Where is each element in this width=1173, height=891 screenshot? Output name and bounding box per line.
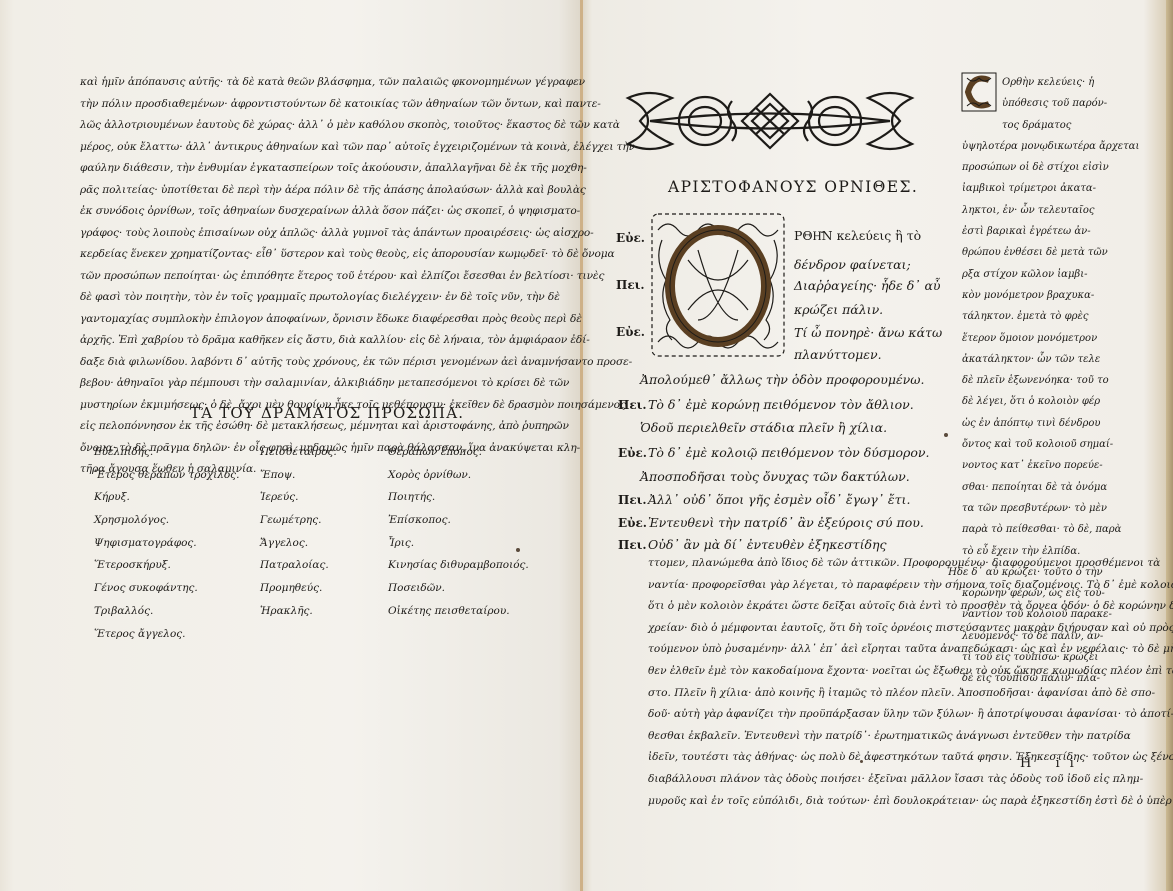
cast-entry: Ποιητής.: [388, 486, 529, 509]
scholia-line: δὲ πλεῖν ἑξωνενόηκα· τοῦ το: [962, 370, 1117, 391]
speaker-label: Πει.: [618, 538, 647, 552]
speaker-label: Εὐε.: [616, 325, 645, 339]
cast-entry: Γένος συκοφάντης.: [94, 577, 239, 600]
cast-entry: Ποσειδῶν.: [388, 577, 529, 600]
verse-line: ΡΘΗ͂Ν κελεύεις ἣ τὸ: [794, 228, 921, 244]
scholia-line: ὑπόθεσις τοῦ παρόν-: [962, 93, 1117, 114]
cast-entry: Πατραλοίας.: [260, 554, 337, 577]
cast-entry: Ψηφισματογράφος.: [94, 532, 239, 555]
scholia-line: προσώπων οἱ δὲ στίχοι εἰσὶν: [962, 157, 1117, 178]
verse-line: Ἀλλ᾽ οὐδ᾽ ὅποι γῆς ἐσμὲν οἶδ᾽ ἔγωγ᾽ ἔτι.: [648, 492, 910, 507]
cast-entry: Εὐελπίδης.: [94, 441, 239, 464]
knotwork-headpiece-icon: [620, 86, 920, 156]
text-line: καὶ ἡμῖν ἀπόπαυσις αὐτῆς· τὰ δὲ κατὰ θεῶ…: [80, 72, 550, 94]
scholia-line: ὡς ἐν ἀπόπτῳ τινὶ δένδρου: [962, 413, 1117, 434]
scholia-line: θρώπου ἐνθέσει δὲ μετὰ τῶν: [962, 242, 1117, 263]
text-line: ἐκ συνόδοις ὀρνίθων, τοῖς ἀθηναίων δυσχε…: [80, 201, 550, 223]
scholia-line: τος δράματος: [962, 115, 1117, 136]
cast-entry: Ἄγγελος.: [260, 532, 337, 555]
scholia-line: κὸν μονόμετρον βραχυκα-: [962, 285, 1117, 306]
dramatis-personae-heading: ΤΑ ΤΟΥ ΔΡΑΜΑΤΟΣ ΠΡΟΣΩΠΑ.: [190, 404, 464, 422]
text-line: τῶν προσώπων πεποίηται· ὡς ἐπιπόθητε ἕτε…: [80, 266, 550, 288]
text-line: λῶς ἀλλοτριουμένων ἑαυτοὺς δὲ χώρας· ἀλλ…: [80, 115, 550, 137]
speaker-label: Πει.: [616, 278, 645, 292]
verse-line: πλανύττομεν.: [794, 347, 882, 362]
speaker-label: Πει.: [618, 398, 647, 412]
verse-line: Ἀπολούμεθ᾽ ἄλλως τὴν ὁδὸν προφορουμένω.: [640, 372, 924, 387]
book-gutter: [580, 0, 583, 891]
scholia-line: ὅτι ὁ μὲν κολοιὸν ἐκράτει ὥστε δεῖξαι αὐ…: [648, 596, 1098, 618]
scholia-line: ληκτοι, ἐν· ὧν τελευταῖος: [962, 200, 1117, 221]
cast-entry: Ἔποψ.: [260, 464, 337, 487]
cast-entry: Ἱερεύς.: [260, 486, 337, 509]
cast-entry: Οἰκέτης πεισθεταίρου.: [388, 600, 529, 623]
scholia-line: δοῦ· αὐτὴ γὰρ ἀφανίζει τὴν προϋπάρξασαν …: [648, 704, 1098, 726]
foxing-spot: [944, 433, 948, 437]
scholia-line: θεσθαι ἐκβαλεῖν. Ἐντευθενὶ τὴν πατρίδ᾽· …: [648, 726, 1098, 748]
cast-entry: Πεισθέταιρος.: [260, 441, 337, 464]
scholia-line: Ορθὴν κελεύεις· ἡ: [962, 72, 1117, 93]
scholia-line: ἕτερον ὅμοιον μονόμετρον: [962, 328, 1117, 349]
cast-entry: Κήρυξ.: [94, 486, 239, 509]
verse-line: κρώζει πάλιν.: [794, 302, 883, 317]
cast-entry: Τριβαλλός.: [94, 600, 239, 623]
scholia-line: ὄντος καὶ τοῦ κολοιοῦ σημαί-: [962, 434, 1117, 455]
verse-line: Ἐντευθενὶ τὴν πατρίδ᾽ ἂν ἐξεύροις σύ που…: [648, 515, 924, 530]
play-title: ΑΡΙΣΤΟΦΑΝΟΥΣ ΟΡΝΙΘΕΣ.: [668, 178, 918, 196]
text-line: κερδείας ἕνεκεν χρηματίζοντας· εἶθ᾽ ὕστε…: [80, 244, 550, 266]
scholia-line: στο. Πλεῖν ἢ χίλια· ἀπὸ κοινῆς ἢ ἰταμῶς …: [648, 683, 1098, 705]
cast-entry: Ἕτεροσκήρυξ.: [94, 554, 239, 577]
speaker-label: Εὐε.: [618, 516, 647, 530]
bottom-scholia: ττομεν, πλανώμεθα ἀπὸ ἴδιος δὲ τῶν ἀττικ…: [648, 553, 1098, 812]
speaker-label: Εὐε.: [616, 231, 645, 245]
verse-line: Τὸ δ᾽ ἐμὲ κορώνῃ πειθόμενον τὸν ἄθλιον.: [648, 397, 914, 412]
verse-line: Ὁδοῦ περιελθεῖν στάδια πλεῖν ἢ χίλια.: [640, 420, 887, 435]
text-line: γαντομαχίας συμπλοκὴν ἐπιλογον ἀποφαίνων…: [80, 309, 550, 331]
verse-line: Διαῤῥαγείης· ἧδε δ᾽ αὖ: [794, 278, 941, 293]
speaker-label: Εὐε.: [618, 446, 647, 460]
cast-column-1: Εὐελπίδης. Ἕτερος θεράπων τρόχιλος. Κήρυ…: [94, 441, 239, 645]
scholia-line: διαβάλλουσι πλάνον τὰς ὁδοὺς ποιήσει· ἐξ…: [648, 769, 1098, 791]
cast-entry: Χρησμολόγος.: [94, 509, 239, 532]
text-line: μέρος, οὐκ ἔλαττω· ἀλλ᾽ ἀντικρυς ἀθηναίω…: [80, 137, 550, 159]
scholia-line: ὑψηλοτέρα μονῳδικωτέρα ἄρχεται: [962, 136, 1117, 157]
scholia-line: παρὰ τὸ πείθεσθαι· τὸ δὲ, παρὰ: [962, 519, 1117, 540]
cast-entry: Προμηθεύς.: [260, 577, 337, 600]
text-line: τὴν πόλιν προσδιαθεμένων· ἀφροντιστούντω…: [80, 94, 550, 116]
scholia-line: ἀκατάληκτον· ὧν τῶν τελε: [962, 349, 1117, 370]
cast-entry: Κινησίας διθυραμβοποιός.: [388, 554, 529, 577]
verse-line: Οὐδ᾽ ἂν μὰ δί᾽ ἐντευθὲν ἐξηκεστίδης: [648, 537, 886, 552]
foxing-spot: [860, 760, 863, 763]
scholia-line: τάληκτον. ἐμετὰ τὸ φρὲς: [962, 306, 1117, 327]
scholia-line: ττομεν, πλανώμεθα ἀπὸ ἴδιος δὲ τῶν ἀττικ…: [648, 553, 1098, 575]
scholia-line: δὲ λέγει, ὅτι ὁ κολοιὸν φέρ: [962, 391, 1117, 412]
cast-entry: Ἡρακλῆς.: [260, 600, 337, 623]
scholia-line: χρείαν· διὸ ὁ μέμφονται ἑαυτοῖς, ὅτι δὴ …: [648, 618, 1098, 640]
scholia-line: σθαι· πεποίηται δὲ τὰ ὀνόμα: [962, 477, 1117, 498]
cast-entry: Ἕτερος θεράπων τρόχιλος.: [94, 464, 239, 487]
signature-mark: H ii: [1020, 756, 1084, 771]
cast-entry: Ἕτερος ἄγγελος.: [94, 623, 239, 646]
text-line: δὲ φασὶ τὸν ποιητὴν, τὸν ἐν τοῖς γραμμαῖ…: [80, 287, 550, 309]
scholia-line: ρξα στίχον κῶλον ἰαμβι-: [962, 264, 1117, 285]
text-line: ρᾶς πολιτείας· ὑποτίθεται δὲ περὶ τὴν ἀέ…: [80, 180, 550, 202]
verse-line: δένδρον φαίνεται;: [794, 257, 911, 272]
scholia-line: μυροῦς καὶ ἐν τοῖς εὐπόλιδι, διὰ τούτων·…: [648, 791, 1098, 813]
cast-column-2: Πεισθέταιρος. Ἔποψ. Ἱερεύς. Γεωμέτρης. Ἄ…: [260, 441, 337, 623]
verse-line: Ἀποσποδῆσαι τοὺς ὄνυχας τῶν δακτύλων.: [640, 469, 910, 484]
text-line: δαξε διὰ φιλωνίδου. λαβόντι δ᾽ αὐτῆς τοὺ…: [80, 352, 550, 374]
scholia-line: ἰαμβικοὶ τρίμετροι ἀκατα-: [962, 178, 1117, 199]
text-line: φαύλην διάθεσιν, τὴν ἐνθυμίαν ἐγκατασπεί…: [80, 158, 550, 180]
scholia-line: τούμενον ὑπὸ ῥυσαμένην· ἀλλ᾽ ἐπ᾽ ἀεὶ εἴρ…: [648, 639, 1098, 661]
text-line: γράφος· τοὺς λοιποὺς ἐπισαίνων οὐχ ἁπλῶς…: [80, 223, 550, 245]
cast-entry: Θεράπων ἔποπος.: [388, 441, 529, 464]
verse-line: Τί ὦ πονηρὲ· ἄνω κάτω: [794, 325, 942, 340]
text-line: βεβου· ἀθηναῖοι γὰρ πέμπουσι τὴν σαλαμιν…: [80, 373, 550, 395]
cast-entry: Γεωμέτρης.: [260, 509, 337, 532]
scholia-line: νοντος κατ᾽ ἐκεῖνο πορεύε-: [962, 455, 1117, 476]
scholia-line: θεν ἐλθεῖν ἐμὲ τὸν κακοδαίμονα ἔχοντα· ν…: [648, 661, 1098, 683]
verse-line: Τὸ δ᾽ ἐμὲ κολοιῷ πειθόμενον τὸν δύσμορον…: [648, 445, 930, 460]
ornamental-initial-o-icon: [648, 210, 788, 360]
scholia-line: ἐστὶ βαρικαὶ ἐγρέτεω ἀν-: [962, 221, 1117, 242]
scholia-line: ναντία· προφορεῖσθαι γὰρ λέγεται, τὸ παρ…: [648, 575, 1098, 597]
speaker-label: Πει.: [618, 493, 647, 507]
cast-entry: Χορὸς ὀρνίθων.: [388, 464, 529, 487]
foxing-spot: [516, 548, 520, 552]
scholia-line: τα τῶν πρεσβυτέρων· τὸ μὲν: [962, 498, 1117, 519]
cast-entry: Ἶρις.: [388, 532, 529, 555]
text-line: ἀρχῆς. Ἐπὶ χαβρίου τὸ δρᾶμα καθῆκεν εἰς …: [80, 330, 550, 352]
cast-entry: Ἐπίσκοπος.: [388, 509, 529, 532]
cast-column-3: Θεράπων ἔποπος. Χορὸς ὀρνίθων. Ποιητής. …: [388, 441, 529, 623]
